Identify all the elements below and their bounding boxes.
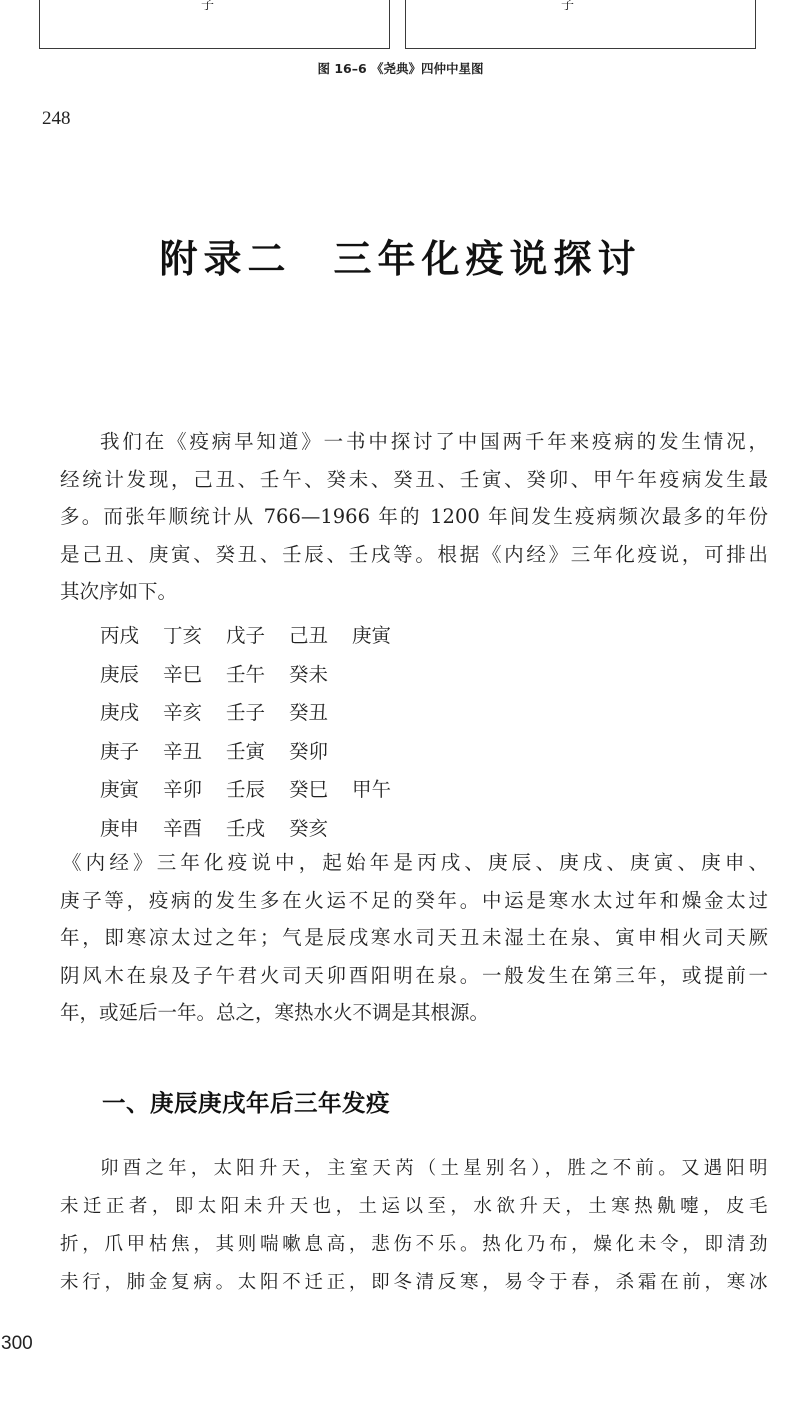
text-line: 未行，肺金复病。太阳不迁正，即冬清反寒，易令于春，杀霜在前，寒冰 [60, 1264, 768, 1302]
text-line: 庚子等，疫病的发生多在火运不足的癸年。中运是寒水太过年和燥金太过 [60, 882, 768, 920]
intro-paragraph: 我们在《疫病早知道》一书中探讨了中国两千年来疫病的发生情况， 经统计发现，己丑、… [60, 423, 768, 611]
appendix-title: 附录二三年化疫说探讨 [0, 228, 801, 283]
appendix-subject: 三年化疫说探讨 [334, 236, 642, 281]
ganzhi-cell: 癸卯 [289, 733, 352, 772]
text-line: 经统计发现，己丑、壬午、癸未、癸丑、壬寅、癸卯、甲午年疫病发生最 [60, 461, 768, 499]
ganzhi-cell: 辛酉 [163, 810, 226, 849]
ganzhi-cell: 庚寅 [100, 771, 163, 810]
ganzhi-cell: 庚戌 [100, 694, 163, 733]
ganzhi-cell: 辛巳 [163, 656, 226, 695]
text-line: 阴风木在泉及子午君火司天卯酉阳明在泉。一般发生在第三年，或提前一 [60, 957, 768, 995]
text-line: 其次序如下。 [60, 573, 768, 611]
ganzhi-cell: 癸巳 [289, 771, 352, 810]
ganzhi-cell: 己丑 [289, 617, 352, 656]
figure-panel-left: 子 [39, 0, 390, 49]
text-line: 年，即寒凉太过之年；气是辰戌寒水司天丑未湿土在泉、寅申相火司天厥 [60, 919, 768, 957]
figure-label-zi: 子 [201, 0, 214, 13]
text-line: 《内经》三年化疫说中，起始年是丙戌、庚辰、庚戌、庚寅、庚申、 [60, 844, 768, 882]
ganzhi-cell: 壬戌 [226, 810, 289, 849]
text-line: 是己丑、庚寅、癸丑、壬辰、壬戌等。根据《内经》三年化疫说，可排出 [60, 536, 768, 574]
ganzhi-cell: 壬午 [226, 656, 289, 695]
ganzhi-cell: 癸丑 [289, 694, 352, 733]
ganzhi-cell: 癸亥 [289, 810, 352, 849]
ganzhi-cell: 丙戌 [100, 617, 163, 656]
text-line: 多。而张年顺统计从 766—1966 年的 1200 年间发生疫病频次最多的年份 [60, 498, 768, 536]
ganzhi-cell: 辛亥 [163, 694, 226, 733]
quote-paragraph: 卯酉之年，太阳升天，主室天芮（土星别名），胜之不前。又遇阳明 未迁正者，即太阳未… [60, 1150, 768, 1302]
figure-caption: 图 16–6 《尧典》四仲中星图 [0, 59, 801, 77]
ganzhi-cell: 庚寅 [352, 617, 415, 656]
text-line: 年，或延后一年。总之，寒热水火不调是其根源。 [60, 994, 768, 1032]
section-heading: 一、庚辰庚戌年后三年发疫 [102, 1084, 390, 1118]
ganzhi-cell: 庚子 [100, 733, 163, 772]
page-number: 300 [1, 1333, 33, 1355]
ganzhi-cell: 甲午 [352, 771, 415, 810]
ganzhi-row: 庚申 辛酉 壬戌 癸亥 [100, 810, 415, 849]
page-number: 248 [42, 108, 71, 130]
text-line: 卯酉之年，太阳升天，主室天芮（土星别名），胜之不前。又遇阳明 [60, 1150, 768, 1188]
ganzhi-cell: 癸未 [289, 656, 352, 695]
ganzhi-cell: 辛丑 [163, 733, 226, 772]
ganzhi-cell: 壬寅 [226, 733, 289, 772]
ganzhi-row: 庚寅 辛卯 壬辰 癸巳 甲午 [100, 771, 415, 810]
ganzhi-cell: 辛卯 [163, 771, 226, 810]
text-line: 未迁正者，即太阳未升天也，土运以至，水欲升天，土寒热鼽嚏，皮毛 [60, 1188, 768, 1226]
ganzhi-cell: 庚申 [100, 810, 163, 849]
ganzhi-cell: 庚辰 [100, 656, 163, 695]
figure-panel-right: 子 [405, 0, 756, 49]
ganzhi-cell: 戊子 [226, 617, 289, 656]
ganzhi-cell: 壬子 [226, 694, 289, 733]
ganzhi-row: 庚子 辛丑 壬寅 癸卯 [100, 733, 415, 772]
ganzhi-year-table: 丙戌 丁亥 戊子 己丑 庚寅 庚辰 辛巳 壬午 癸未 庚戌 辛亥 壬子 癸丑 庚… [100, 617, 415, 848]
ganzhi-row: 庚戌 辛亥 壬子 癸丑 [100, 694, 415, 733]
text-line: 折，爪甲枯焦，其则喘嗽息高，悲伤不乐。热化乃布，燥化未令，即清劲 [60, 1226, 768, 1264]
figure-label-zi: 子 [561, 0, 574, 13]
ganzhi-row: 庚辰 辛巳 壬午 癸未 [100, 656, 415, 695]
appendix-number: 附录二 [159, 236, 291, 281]
text-line: 我们在《疫病早知道》一书中探讨了中国两千年来疫病的发生情况， [60, 423, 768, 461]
explanation-paragraph: 《内经》三年化疫说中，起始年是丙戌、庚辰、庚戌、庚寅、庚申、 庚子等，疫病的发生… [60, 844, 768, 1032]
ganzhi-cell: 丁亥 [163, 617, 226, 656]
ganzhi-cell: 壬辰 [226, 771, 289, 810]
ganzhi-row: 丙戌 丁亥 戊子 己丑 庚寅 [100, 617, 415, 656]
